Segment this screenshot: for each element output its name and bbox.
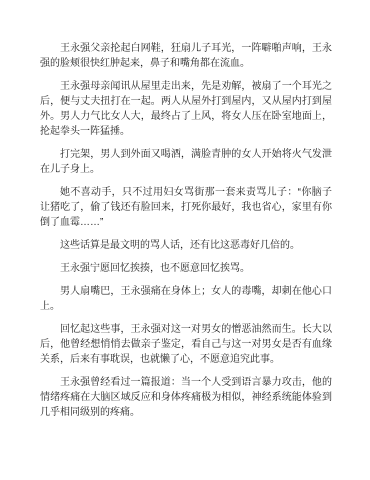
paragraph-7: 男人扇嘴巴，王永强痛在身体上；女人的毒嘴，却刺在他心口上。 [40, 284, 332, 314]
paragraph-6: 王永强宁愿回忆挨揍，也不愿意回忆挨骂。 [40, 261, 332, 276]
paragraph-9: 王永强曾经看过一篇报道：当一个人受到语言暴力攻击，他的情绪疼痛在大脑区域反应和身… [40, 375, 332, 420]
paragraph-4: 她不喜动手，只不过用妇女骂街那一套来责骂儿子：“你脑子让猪吃了，偷了钱还有脸回来… [40, 185, 332, 230]
paragraph-1: 王永强父亲抡起白网鞋，狂扇儿子耳光，一阵噼啪声响，王永强的脸颊很快红肿起来，鼻子… [40, 41, 332, 71]
paragraph-3: 打完架，男人到外面又喝酒，满脸青肿的女人开始将火气发泄在儿子身上。 [40, 147, 332, 177]
paragraph-5: 这些话算是最文明的骂人话，还有比这恶毒好几倍的。 [40, 238, 332, 253]
paragraph-8: 回忆起这些事，王永强对这一对男女的憎恶油然而生。长大以后，他曾经想悄悄去做亲子鉴… [40, 322, 332, 367]
ebook-text-page: 王永强父亲抡起白网鞋，狂扇儿子耳光，一阵噼啪声响，王永强的脸颊很快红肿起来，鼻子… [0, 0, 370, 480]
paragraph-2: 王永强母亲闻讯从屋里走出来，先是劝解，被扇了一个耳光之后，便与丈夫扭打在一起。两… [40, 79, 332, 139]
